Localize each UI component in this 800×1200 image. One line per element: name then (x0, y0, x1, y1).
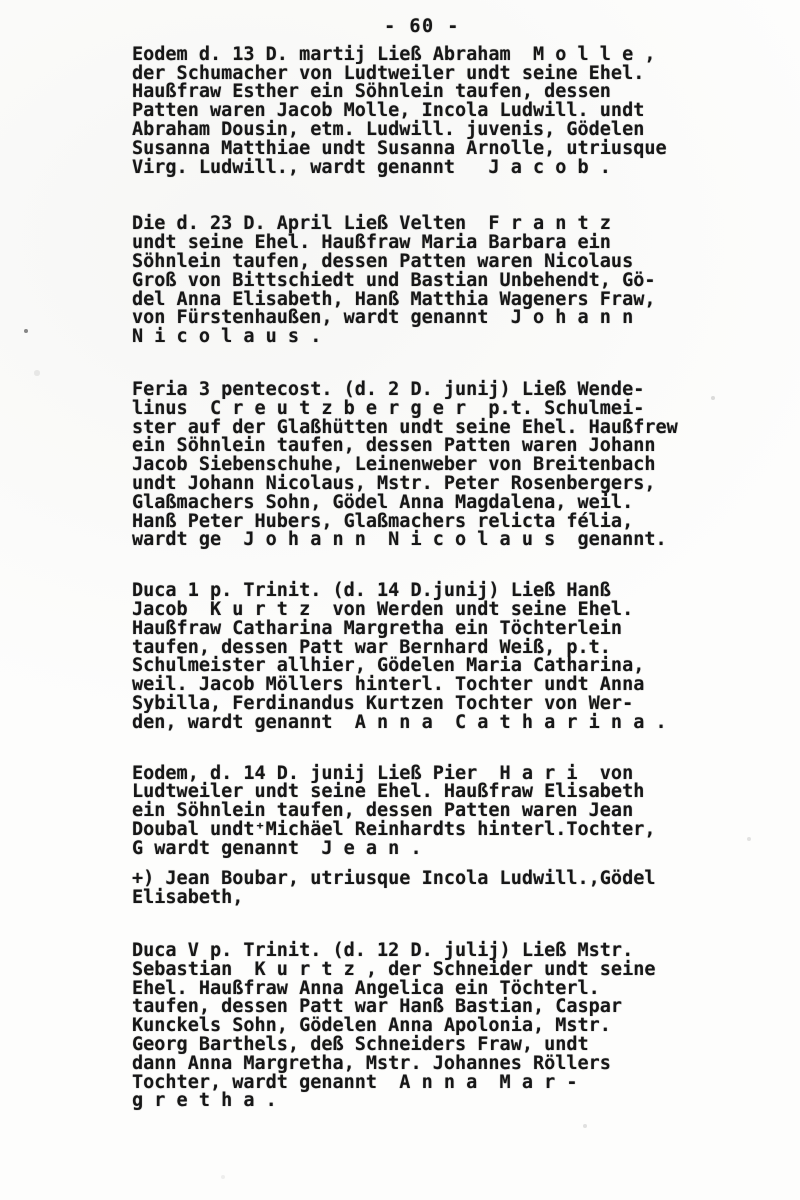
scanned-register-page: - 60 - Eodem d. 13 D. martij Ließ Abraha… (0, 0, 800, 1200)
scan-noise-specks (0, 0, 2, 2)
baptism-entry-molle: Eodem d. 13 D. martij Ließ Abraham M o l… (132, 46, 742, 178)
baptism-entry-kurtz-werden: Duca 1 p. Trinit. (d. 14 D.junij) Ließ H… (132, 582, 742, 732)
baptism-entry-creutzberger: Feria 3 pentecost. (d. 2 D. junij) Ließ … (132, 381, 742, 550)
footnote: +) Jean Boubar, utriusque Incola Ludwill… (132, 870, 742, 908)
typewritten-text-block: - 60 - Eodem d. 13 D. martij Ließ Abraha… (132, 0, 742, 1111)
baptism-entry-hari: Eodem, d. 14 D. junij Ließ Pier H a r i … (132, 765, 742, 859)
page-number: - 60 - (132, 18, 712, 37)
baptism-entry-frantz: Die d. 23 D. April Ließ Velten F r a n t… (132, 215, 742, 347)
baptism-entry-kurtz-schneider: Duca V p. Trinit. (d. 12 D. julij) Ließ … (132, 942, 742, 1111)
